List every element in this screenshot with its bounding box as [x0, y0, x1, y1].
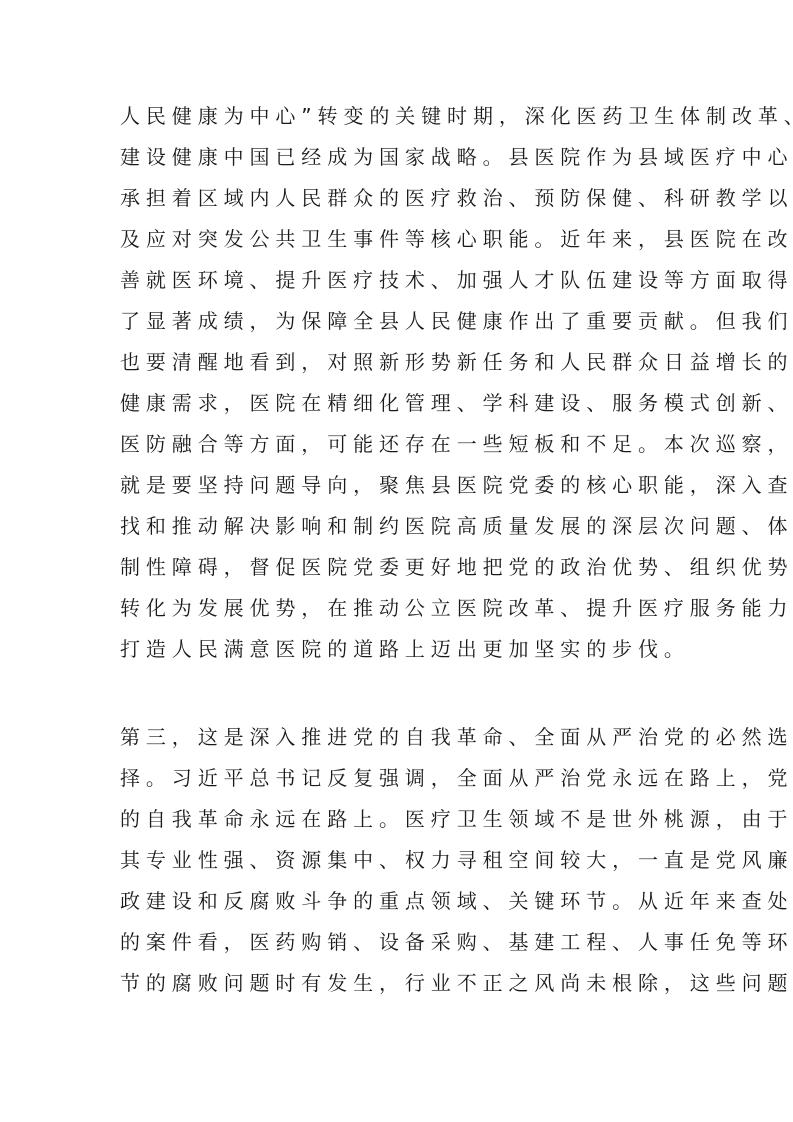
text-line: 节的腐败问题时有发生，行业不正之风尚未根除，这些问题: [120, 963, 680, 1004]
text-line: 健康需求，医院在精细化管理、学科建设、服务模式创新、: [120, 383, 680, 424]
document-body: 人民健康为中心”转变的关键时期，深化医药卫生体制改革、 建设健康中国已经成为国家…: [120, 96, 680, 1004]
text-line: 打造人民满意医院的道路上迈出更加坚实的步伐。: [120, 629, 680, 670]
text-line: 及应对突发公共卫生事件等核心职能。近年来，县医院在改: [120, 219, 680, 260]
text-line: 其专业性强、资源集中、权力寻租空间较大，一直是党风廉: [120, 840, 680, 881]
text-line: 医防融合等方面，可能还存在一些短板和不足。本次巡察，: [120, 424, 680, 465]
text-line: 建设健康中国已经成为国家战略。县医院作为县域医疗中心，: [120, 137, 680, 178]
text-line: 第三，这是深入推进党的自我革命、全面从严治党的必然选: [120, 717, 680, 758]
text-line: 人民健康为中心”转变的关键时期，深化医药卫生体制改革、: [120, 96, 680, 137]
text-line: 择。习近平总书记反复强调，全面从严治党永远在路上，党: [120, 758, 680, 799]
text-line: 的案件看，医药购销、设备采购、基建工程、人事任免等环: [120, 922, 680, 963]
document-page: 人民健康为中心”转变的关键时期，深化医药卫生体制改革、 建设健康中国已经成为国家…: [0, 0, 793, 1122]
text-line: 转化为发展优势，在推动公立医院改革、提升医疗服务能力、: [120, 588, 680, 629]
text-line: 承担着区域内人民群众的医疗救治、预防保健、科研教学以: [120, 178, 680, 219]
text-line: 善就医环境、提升医疗技术、加强人才队伍建设等方面取得: [120, 260, 680, 301]
text-line: 的自我革命永远在路上。医疗卫生领域不是世外桃源，由于: [120, 799, 680, 840]
paragraph-2: 第三，这是深入推进党的自我革命、全面从严治党的必然选 择。习近平总书记反复强调，…: [120, 717, 680, 1004]
text-line: 制性障碍，督促医院党委更好地把党的政治优势、组织优势: [120, 547, 680, 588]
paragraph-1: 人民健康为中心”转变的关键时期，深化医药卫生体制改革、 建设健康中国已经成为国家…: [120, 96, 680, 670]
text-line: 政建设和反腐败斗争的重点领域、关键环节。从近年来查处: [120, 881, 680, 922]
text-line: 找和推动解决影响和制约医院高质量发展的深层次问题、体: [120, 506, 680, 547]
text-line: 也要清醒地看到，对照新形势新任务和人民群众日益增长的: [120, 342, 680, 383]
text-line: 就是要坚持问题导向，聚焦县医院党委的核心职能，深入查: [120, 465, 680, 506]
text-line: 了显著成绩，为保障全县人民健康作出了重要贡献。但我们: [120, 301, 680, 342]
paragraph-spacer: [120, 670, 680, 717]
